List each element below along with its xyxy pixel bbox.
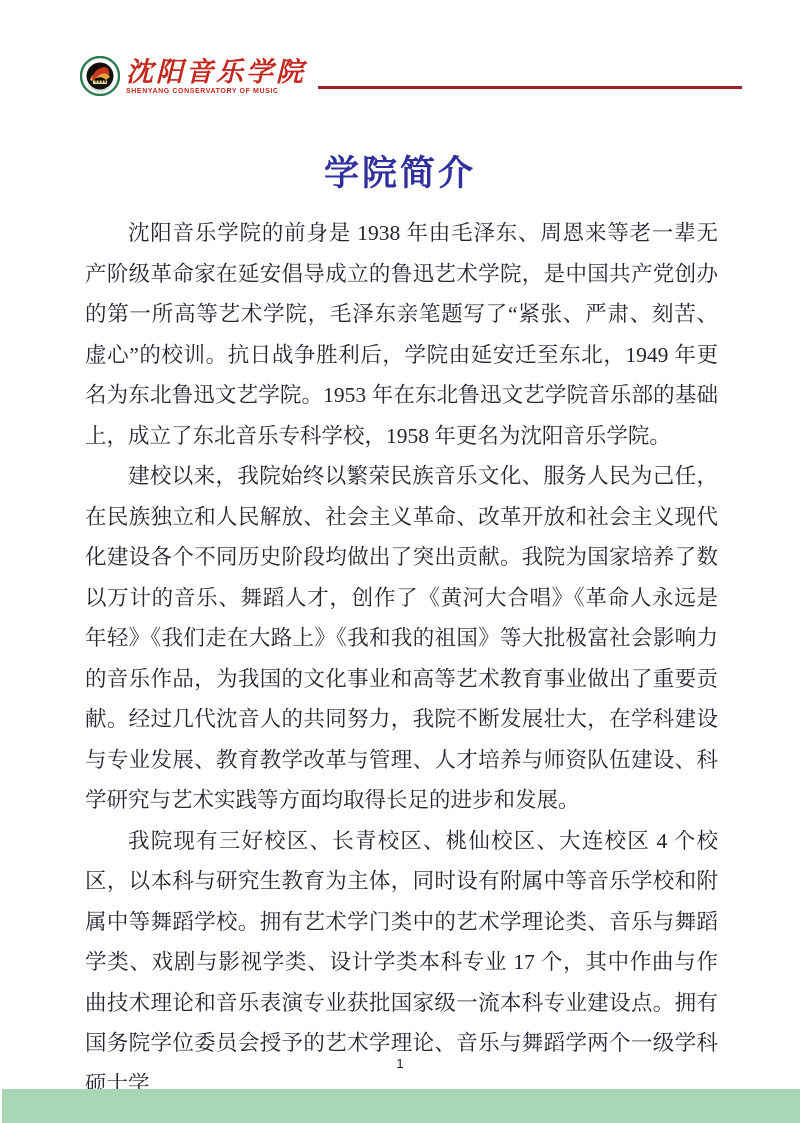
page-number: 1 [0,1056,800,1071]
page-title: 学院简介 [0,146,800,196]
school-name-zh: 沈阳音乐学院 [126,57,306,87]
body-text: 沈阳音乐学院的前身是 1938 年由毛泽东、周恩来等老一辈无产阶级革命家在延安倡… [85,213,718,1104]
footer-green-band [2,1089,800,1123]
header-divider-rule [318,86,742,89]
school-logo-text: 沈阳音乐学院 SHENYANG CONSERVATORY OF MUSIC [126,57,306,96]
school-name-en: SHENYANG CONSERVATORY OF MUSIC [126,87,279,96]
school-logo: 沈阳音乐学院 SHENYANG CONSERVATORY OF MUSIC [80,56,306,96]
page-header: 沈阳音乐学院 SHENYANG CONSERVATORY OF MUSIC [80,56,742,96]
conservatory-seal-icon [80,56,120,96]
document-page: 沈阳音乐学院 SHENYANG CONSERVATORY OF MUSIC 学院… [0,0,800,1123]
body-paragraph-contributions: 建校以来，我院始终以繁荣民族音乐文化、服务人民为己任，在民族独立和人民解放、社会… [85,456,718,821]
body-paragraph-history: 沈阳音乐学院的前身是 1938 年由毛泽东、周恩来等老一辈无产阶级革命家在延安倡… [85,213,718,456]
